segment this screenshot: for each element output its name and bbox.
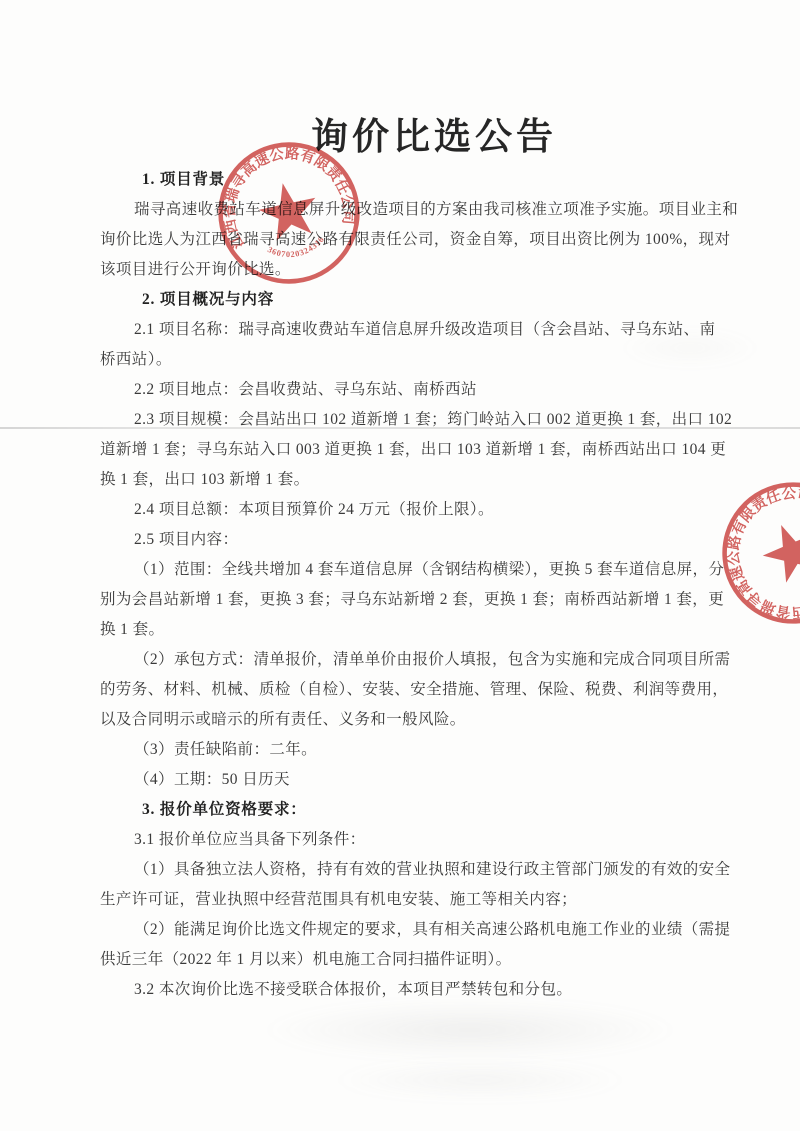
document-line: 2.2 项目地点：会昌收费站、寻乌东站、南桥西站 xyxy=(100,375,720,405)
scan-fold-line xyxy=(0,427,800,429)
document-line: 道新增 1 套；寻乌东站入口 003 道更换 1 套，出口 103 道新增 1 … xyxy=(100,435,720,465)
document-line: 2.4 项目总额：本项目预算价 24 万元（报价上限）。 xyxy=(100,495,720,525)
document-line: 换 1 套，出口 103 新增 1 套。 xyxy=(100,465,720,495)
document-line: 3.1 报价单位应当具备下列条件： xyxy=(100,825,720,855)
document-line: 别为会昌站新增 1 套，更换 3 套；寻乌东站新增 2 套，更换 1 套；南桥西… xyxy=(100,585,720,615)
document-line: 2.1 项目名称：瑞寻高速收费站车道信息屏升级改造项目（含会昌站、寻乌东站、南 xyxy=(100,315,720,345)
seal-star-icon xyxy=(760,522,800,584)
document-line: 询价比选人为江西省瑞寻高速公路有限责任公司，资金自筹，项目出资比例为 100%，… xyxy=(100,225,720,255)
document-line: 2.3 项目规模：会昌站出口 102 道新增 1 套；筠门岭站入口 002 道更… xyxy=(100,405,720,435)
scan-bleedthrough-smudge xyxy=(260,1000,680,1060)
document-line: （2）承包方式：清单报价，清单单价由报价人填报，包含为实施和完成合同项目所需 xyxy=(100,645,720,675)
document-body: 1. 项目背景瑞寻高速收费站车道信息屏升级改造项目的方案由我司核准立项准予实施。… xyxy=(100,165,720,1005)
document-line: （3）责任缺陷前：二年。 xyxy=(100,735,720,765)
document-line: 供近三年（2022 年 1 月以来）机电施工合同扫描件证明）。 xyxy=(100,945,720,975)
document-line: 生产许可证，营业执照中经营范围具有机电安装、施工等相关内容； xyxy=(100,885,720,915)
document-line: 的劳务、材料、机械、质检（自检）、安装、安全措施、管理、保险、税费、利润等费用， xyxy=(100,675,720,705)
document-line: 换 1 套。 xyxy=(100,615,720,645)
document-line: 3. 报价单位资格要求： xyxy=(100,795,720,825)
document-line: 该项目进行公开询价比选。 xyxy=(100,255,720,285)
document-line: 1. 项目背景 xyxy=(100,165,720,195)
document-page: 询价比选公告 1. 项目背景瑞寻高速收费站车道信息屏升级改造项目的方案由我司核准… xyxy=(0,0,800,1131)
document-line: 桥西站）。 xyxy=(100,345,720,375)
document-line: （4）工期：50 日历天 xyxy=(100,765,720,795)
document-line: （1）具备独立法人资格，持有有效的营业执照和建设行政主管部门颁发的有效的安全 xyxy=(100,855,720,885)
document-line: 2. 项目概况与内容 xyxy=(100,285,720,315)
document-line: 2.5 项目内容： xyxy=(100,525,720,555)
seal-code-text: 3607020324316 xyxy=(265,233,329,264)
document-line: 3.2 本次询价比选不接受联合体报价，本项目严禁转包和分包。 xyxy=(100,975,720,1005)
document-line: 瑞寻高速收费站车道信息屏升级改造项目的方案由我司核准立项准予实施。项目业主和 xyxy=(100,195,720,225)
scan-bleedthrough-smudge xyxy=(330,1060,630,1100)
document-line: （2）能满足询价比选文件规定的要求，具有相关高速公路机电施工作业的业绩（需提 xyxy=(100,915,720,945)
document-line: （1）范围：全线共增加 4 套车道信息屏（含钢结构横梁），更换 5 套车道信息屏… xyxy=(100,555,720,585)
document-line: 以及合同明示或暗示的所有责任、义务和一般风险。 xyxy=(100,705,720,735)
document-title: 询价比选公告 xyxy=(0,106,800,160)
company-seal-icon: 江西省瑞寻高速公路有限责任公司 3607020324316 xyxy=(711,471,800,636)
seal-star-icon xyxy=(254,177,322,243)
company-seal-icon: 江西省瑞寻高速公路有限责任公司 3607020324316 xyxy=(199,123,379,303)
